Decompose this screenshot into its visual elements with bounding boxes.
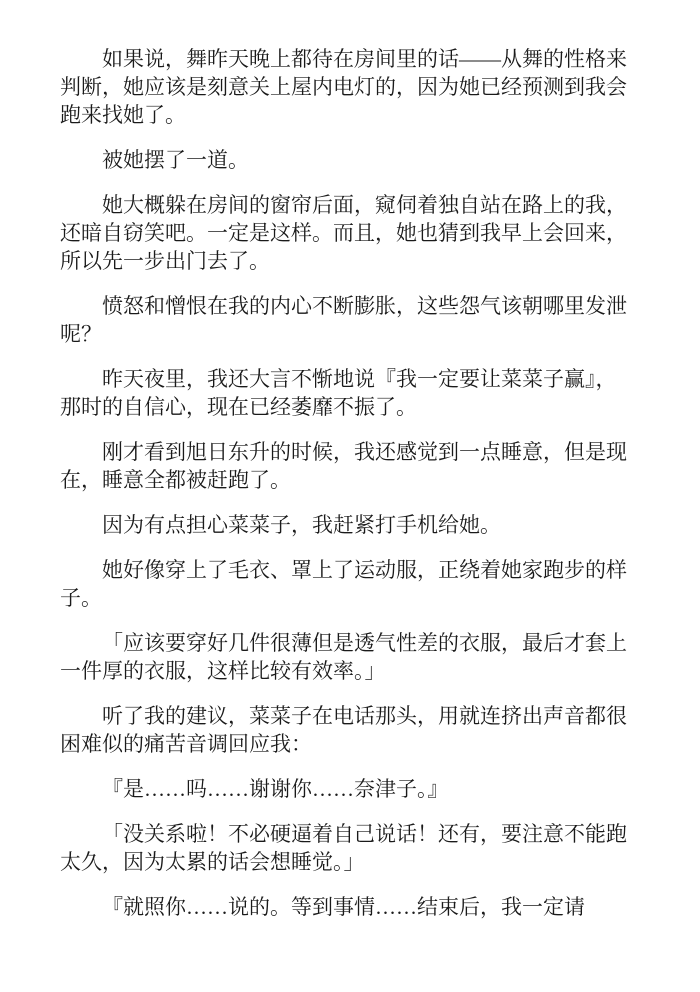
paragraph: 『是……吗……谢谢你……奈津子。』 (60, 775, 627, 803)
paragraph: 愤怒和憎恨在我的内心不断膨胀，这些怨气该朝哪里发泄呢？ (60, 292, 627, 348)
paragraph: 被她摆了一道。 (60, 146, 627, 174)
paragraph: 昨天夜里，我还大言不惭地说『我一定要让菜菜子赢』，那时的自信心，现在已经萎靡不振… (60, 365, 627, 421)
paragraph: 听了我的建议，菜菜子在电话那头，用就连挤出声音都很困难似的痛苦音调回应我： (60, 702, 627, 758)
book-page: 如果说，舞昨天晚上都待在房间里的话——从舞的性格来判断，她应该是刻意关上屋内电灯… (0, 0, 700, 992)
paragraph: 『就照你……说的。等到事情……结束后，我一定请 (60, 893, 627, 921)
paragraph: 因为有点担心菜菜子，我赶紧打手机给她。 (60, 511, 627, 539)
paragraph: 「应该要穿好几件很薄但是透气性差的衣服，最后才套上一件厚的衣服，这样比较有效率。… (60, 629, 627, 685)
paragraph: 如果说，舞昨天晚上都待在房间里的话——从舞的性格来判断，她应该是刻意关上屋内电灯… (60, 45, 627, 129)
paragraph: 「没关系啦！不必硬逼着自己说话！还有，要注意不能跑太久，因为太累的话会想睡觉。」 (60, 820, 627, 876)
paragraph: 她大概躲在房间的窗帘后面，窥伺着独自站在路上的我，还暗自窃笑吧。一定是这样。而且… (60, 191, 627, 275)
paragraph: 她好像穿上了毛衣、罩上了运动服，正绕着她家跑步的样子。 (60, 556, 627, 612)
paragraph: 刚才看到旭日东升的时候，我还感觉到一点睡意，但是现在，睡意全都被赶跑了。 (60, 438, 627, 494)
